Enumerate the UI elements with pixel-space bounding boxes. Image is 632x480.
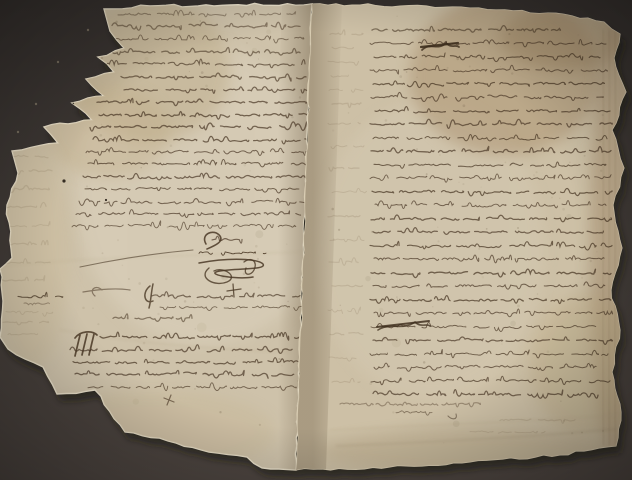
- paper-speck: [289, 187, 290, 188]
- paper-speck: [97, 323, 99, 325]
- paper-speck: [559, 198, 560, 199]
- paper-speck: [589, 260, 591, 262]
- paper-speck: [501, 343, 502, 344]
- paper-speck: [562, 208, 565, 211]
- paper-speck: [101, 124, 102, 125]
- paper-speck: [133, 398, 139, 404]
- paper-speck: [584, 155, 586, 157]
- paper-speck: [340, 305, 341, 306]
- paper-speck: [194, 388, 195, 389]
- paper-speck: [170, 145, 173, 148]
- paper-speck: [601, 217, 603, 219]
- paper-speck: [152, 359, 154, 361]
- paper-speck: [299, 96, 301, 98]
- paper-speck: [332, 129, 334, 131]
- paper-speck: [551, 197, 553, 199]
- paper-speck: [258, 58, 259, 59]
- paper-speck: [599, 140, 602, 143]
- paper-speck: [260, 197, 261, 198]
- paper-speck: [348, 112, 350, 114]
- paper-speck: [399, 75, 402, 78]
- paper-speck: [82, 307, 85, 310]
- paper-speck: [184, 300, 187, 303]
- paper-speck: [371, 231, 373, 233]
- paper-speck: [537, 293, 539, 295]
- paper-speck: [102, 252, 104, 254]
- paper-speck: [478, 248, 480, 250]
- paper-speck: [157, 313, 159, 315]
- paper-speck: [582, 299, 585, 302]
- paper-speck: [482, 276, 485, 279]
- paper-speck: [138, 282, 141, 285]
- paper-speck: [286, 243, 288, 245]
- paper-speck: [569, 162, 571, 164]
- paper-speck: [143, 342, 146, 345]
- paper-speck: [602, 430, 604, 432]
- paper-speck: [333, 239, 335, 241]
- paper-speck: [575, 367, 576, 368]
- paper-speck: [429, 300, 431, 302]
- paper-speck: [560, 401, 561, 402]
- paper-speck: [579, 260, 581, 262]
- ink-hole: [105, 199, 107, 201]
- paper-speck: [392, 338, 401, 347]
- paper-speck: [406, 71, 408, 73]
- paper-speck: [165, 278, 168, 281]
- paper-speck: [115, 21, 117, 23]
- paper-speck: [136, 202, 138, 204]
- paper-speck: [281, 365, 282, 366]
- paper-speck: [402, 323, 405, 326]
- paper-speck: [465, 326, 467, 328]
- paper-speck: [480, 191, 483, 194]
- paper-speck: [219, 411, 221, 413]
- paper-speck: [577, 34, 579, 36]
- paper-speck: [99, 134, 102, 137]
- paper-speck: [92, 307, 94, 309]
- paper-speck: [596, 251, 597, 252]
- paper-speck: [423, 361, 426, 364]
- paper-speck: [463, 104, 466, 107]
- paper-speck: [208, 279, 210, 281]
- paper-speck: [222, 276, 225, 279]
- paper-speck: [287, 301, 288, 302]
- paper-speck: [566, 214, 572, 220]
- paper-speck: [243, 273, 246, 276]
- paper-speck: [278, 358, 280, 360]
- paper-speck: [331, 208, 334, 211]
- paper-speck: [205, 85, 208, 88]
- paper-speck: [197, 323, 207, 333]
- paper-speck: [117, 239, 119, 241]
- paper-speck: [101, 57, 103, 59]
- paper-speck: [443, 442, 444, 443]
- paper-speck: [581, 432, 583, 434]
- manuscript-photo: [0, 0, 632, 480]
- paper-speck: [195, 328, 196, 329]
- paper-speck: [126, 317, 128, 319]
- paper-speck: [602, 114, 604, 116]
- paper-speck: [255, 245, 258, 248]
- paper-crumb: [87, 29, 89, 31]
- paper-speck: [500, 66, 501, 67]
- paper-speck: [473, 393, 475, 395]
- paper-speck: [426, 173, 428, 175]
- paper-speck: [432, 306, 433, 307]
- paper-speck: [511, 72, 513, 74]
- paper-speck: [193, 302, 194, 303]
- paper-speck: [186, 51, 187, 52]
- ink-hole: [62, 179, 65, 182]
- paper-speck: [600, 170, 602, 172]
- paper-speck: [252, 48, 258, 54]
- paper-speck: [369, 382, 372, 385]
- paper-speck: [486, 228, 488, 230]
- paper-speck: [379, 125, 380, 126]
- paper-speck: [338, 229, 340, 231]
- paper-speck: [189, 71, 190, 72]
- paper-speck: [437, 227, 438, 228]
- paper-speck: [581, 277, 583, 279]
- paper-speck: [144, 57, 148, 61]
- paper-speck: [517, 227, 519, 229]
- paper-speck: [517, 305, 520, 308]
- paper-speck: [246, 42, 248, 44]
- paper-speck: [243, 164, 246, 167]
- paper-speck: [508, 33, 510, 35]
- paper-speck: [497, 28, 498, 29]
- paper-speck: [291, 116, 294, 119]
- paper-speck: [266, 29, 271, 34]
- paper-speck: [295, 423, 296, 424]
- paper-speck: [547, 350, 550, 353]
- paper-speck: [447, 67, 449, 69]
- paper-speck: [254, 282, 256, 284]
- manuscript-svg: [0, 0, 632, 480]
- paper-speck: [533, 174, 535, 176]
- paper-speck: [259, 424, 261, 426]
- paper-speck: [122, 265, 123, 266]
- paper-speck: [480, 186, 481, 187]
- paper-crumb: [17, 131, 19, 133]
- paper-speck: [258, 286, 260, 288]
- paper-speck: [257, 26, 258, 27]
- paper-speck: [167, 226, 169, 228]
- paper-speck: [141, 167, 142, 168]
- paper-speck: [459, 182, 460, 183]
- paper-speck: [200, 20, 202, 22]
- paper-speck: [589, 362, 590, 363]
- paper-speck: [388, 29, 390, 31]
- paper-speck: [571, 432, 573, 434]
- paper-speck: [392, 411, 394, 413]
- paper-speck: [439, 154, 441, 156]
- paper-speck: [469, 65, 471, 67]
- paper-speck: [563, 420, 565, 422]
- paper-crumb: [35, 103, 37, 105]
- paper-speck: [383, 338, 385, 340]
- paper-speck: [365, 276, 370, 281]
- paper-speck: [462, 183, 464, 185]
- paper-speck: [505, 162, 507, 164]
- paper-speck: [128, 278, 130, 280]
- paper-speck: [437, 240, 439, 242]
- paper-speck: [510, 321, 516, 327]
- paper-speck: [201, 71, 204, 74]
- paper-speck: [255, 230, 263, 238]
- paper-speck: [456, 58, 459, 61]
- paper-speck: [257, 258, 259, 260]
- paper-speck: [498, 396, 500, 398]
- paper-speck: [249, 170, 251, 172]
- paper-speck: [458, 380, 459, 381]
- paper-speck: [397, 298, 398, 299]
- paper-speck: [385, 119, 388, 122]
- right-page: [296, 0, 632, 474]
- paper-speck: [86, 185, 88, 187]
- paper-speck: [379, 308, 384, 313]
- paper-speck: [453, 420, 460, 427]
- paper-crumb: [57, 61, 59, 63]
- paper-speck: [396, 296, 398, 298]
- paper-speck: [416, 77, 417, 78]
- paper-speck: [416, 148, 418, 150]
- paper-speck: [433, 98, 434, 99]
- paper-speck: [396, 16, 397, 17]
- paper-speck: [536, 171, 538, 173]
- paper-speck: [221, 272, 229, 280]
